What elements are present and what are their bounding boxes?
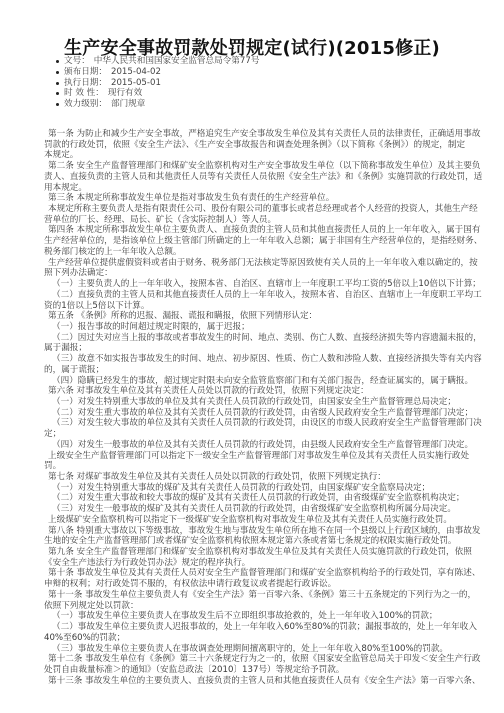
document-text-line: 罚款的行政处罚，依照《安全生产法》、《生产安全事故报告和调查处理条例》（以下简称…: [44, 140, 464, 151]
document-meta-list: 文号：中华人民共和国国家安全监管总局令第77号 颁布日期：2015-04-02 …: [56, 56, 259, 110]
document-text-line: （二）对发生重大事故的单位及其有关责任人员罚款的行政处罚，由省级人民政府安全生产…: [44, 408, 464, 419]
meta-item-validity: 时 效 性：现行有效: [56, 88, 259, 99]
document-text-line: 生产经营单位提供虚假资料或者由于财务、税务部门无法核定等原因致使有关人员的上一年…: [44, 258, 464, 269]
document-text-line: （二）直接负责的主管人员和其他直接责任人员的上一年年收入，按照本省、自治区、直辖…: [44, 290, 464, 301]
document-text-line: 《安全生产违法行为行政处罚办法》规定的程序执行。: [44, 558, 464, 569]
document-text-line: 资的1倍以上5倍以下计算。: [44, 301, 464, 312]
meta-item-issue-date: 颁布日期：2015-04-02: [56, 67, 259, 78]
document-text-line: （一）对发生特别重大事故的煤矿及其有关责任人员罚款的行政处罚，由国家煤矿安全监察…: [44, 483, 464, 494]
document-text-line: 第一条 为防止和减少生产安全事故，严格追究生产安全事故发生单位及其有关责任人员的…: [44, 129, 464, 140]
document-text-line: （四）隐瞒已经发生的事故，超过规定时限未向安全监管监察部门和有关部门报告，经查证…: [44, 376, 464, 387]
document-text-line: 第四条 本规定所称事故发生单位主要负责人、直接负责的主管人员和其他直接责任人员的…: [44, 225, 464, 236]
document-text-line: 责人、直接负责的主管人员和其他责任人员等有关责任人员依照《安全生产法》和《条例》…: [44, 172, 464, 183]
document-text-line: （四）对发生一般事故的单位及其有关责任人员罚款的行政处罚，由县级人民政府安全生产…: [44, 440, 464, 451]
document-text-line: （二）对发生重大事故和较大事故的煤矿及其有关责任人员罚款的行政处罚，由省级煤矿安…: [44, 493, 464, 504]
document-text-line: 依照下列规定处以罚款：: [44, 601, 464, 612]
document-text-line: 属于漏报；: [44, 343, 464, 354]
meta-value: 2015-05-01: [111, 78, 161, 88]
document-text-line: 税务部门核定的上一年年收入总额。: [44, 247, 464, 258]
meta-label: 效力级别：: [64, 99, 107, 110]
document-text-line: （一）事故发生单位主要负责人在事故发生后不立即组织事故抢救的，处上一年年收入10…: [44, 611, 464, 622]
document-text-line: 40%至60%的罚款；: [44, 633, 464, 644]
document-text-line: 上级安全生产监督管理部门可以指定下一级安全生产监督管理部门对事故发生单位及其有关…: [44, 451, 464, 462]
document-text-line: 用本规定。: [44, 183, 464, 194]
document-text-line: 申辩的权利；对行政处罚不服的，有权依法申请行政复议或者提起行政诉讼。: [44, 579, 464, 590]
document-text-line: （三）事故发生单位主要负责人在事故调查处理期间擅离职守的，处上一年年收入80%至…: [44, 644, 464, 655]
meta-value: 现行有效: [108, 88, 142, 98]
document-text-line: 上级煤矿安全监察机构可以指定下一级煤矿安全监察机构对事故发生单位及其有关责任人员…: [44, 515, 464, 526]
meta-label: 时 效 性：: [64, 88, 104, 99]
document-text-line: （三）对发生较大事故的单位及其有关责任人员罚款的行政处罚，由设区的市级人民政府安…: [44, 418, 464, 429]
meta-item-level: 效力级别：部门规章: [56, 99, 259, 110]
document-text-line: 第七条 对煤矿事故发生单位及其有关责任人员处以罚款的行政处罚，依照下列规定执行：: [44, 472, 464, 483]
document-text-line: 本规定。: [44, 150, 464, 161]
meta-value: 中华人民共和国国家安全监管总局令第77号: [94, 56, 260, 66]
document-text-line: 生产经营单位的，是指该单位上级主管部门所确定的上一年年收入总额；属于非国有生产经…: [44, 236, 464, 247]
meta-label: 执行日期：: [64, 78, 107, 89]
document-text-line: 定；: [44, 429, 464, 440]
document-text-line: （一）主要负责人的上一年年收入，按照本省、自治区、直辖市上一年度职工平均工资的5…: [44, 279, 464, 290]
document-text-line: 第八条 特别重大事故以下等级事故，事故发生地与事故发生单位所在地不在同一个县级以…: [44, 526, 464, 537]
document-text-line: 罚。: [44, 461, 464, 472]
document-text-line: （二）事故发生单位主要负责人迟报事故的，处上一年年收入60%至80%的罚款；漏报…: [44, 622, 464, 633]
meta-item-effective-date: 执行日期：2015-05-01: [56, 78, 259, 89]
document-text-line: （三）对发生一般事故的煤矿及其有关责任人员罚款的行政处罚，由省级煤矿安全监察机构…: [44, 504, 464, 515]
document-text-line: （二）因过失对应当上报的事故或者事故发生的时间、地点、类别、伤亡人数、直接经济损…: [44, 333, 464, 344]
document-text-line: （三）故意不如实报告事故发生的时间、地点、初步原因、性质、伤亡人数和涉险人数、直…: [44, 354, 464, 365]
document-text-line: 的，属于谎报；: [44, 365, 464, 376]
document-text-line: 第五条 《条例》所称的迟报、漏报、谎报和瞒报，依照下列情形认定：: [44, 311, 464, 322]
document-text-line: 本规定所称主要负责人是指有限责任公司、股份有限公司的董事长或者总经理或者个人经营…: [44, 204, 464, 215]
document-text-line: 营单位的厂长、经理、局长、矿长（含实际控制人）等人员。: [44, 215, 464, 226]
document-text-line: 生地的安全生产监督管理部门或者煤矿安全监察机构依照本规定第六条或者第七条规定的权…: [44, 536, 464, 547]
document-text-line: 第十三条 事故发生单位的主要负责人、直接负责的主管人员和其他直接责任人员有《安全…: [44, 676, 464, 687]
document-text-line: 第三条 本规定所称事故发生单位是指对事故发生负有责任的生产经营单位。: [44, 193, 464, 204]
document-body: 第一条 为防止和减少生产安全事故，严格追究生产安全事故发生单位及其有关责任人员的…: [44, 129, 464, 686]
document-text-line: 照下列办法确定：: [44, 268, 464, 279]
meta-item-doc-number: 文号：中华人民共和国国家安全监管总局令第77号: [56, 56, 259, 67]
meta-label: 颁布日期：: [64, 67, 107, 78]
document-text-line: 第九条 安全生产监督管理部门和煤矿安全监察机构对事故发生单位及其有关责任人员实施…: [44, 547, 464, 558]
document-text-line: 第二条 安全生产监督管理部门和煤矿安全监察机构对生产安全事故发生单位（以下简称事…: [44, 161, 464, 172]
document-text-line: （一）报告事故的时间超过规定时限的，属于迟报；: [44, 322, 464, 333]
document-text-line: 第六条 对事故发生单位及其有关责任人员处以罚款的行政处罚，依照下列规定决定：: [44, 386, 464, 397]
document-text-line: 第十一条 事故发生单位主要负责人有《安全生产法》第一百零六条、《条例》第三十五条…: [44, 590, 464, 601]
document-text-line: 第十条 事故发生单位及其有关责任人员对安全生产监督管理部门和煤矿安全监察机构给予…: [44, 568, 464, 579]
meta-value: 2015-04-02: [111, 67, 161, 77]
meta-value: 部门规章: [111, 99, 145, 109]
document-text-line: （一）对发生特别重大事故的单位及其有关责任人员罚款的行政处罚，由国家安全生产监督…: [44, 397, 464, 408]
meta-label: 文号：: [64, 56, 90, 67]
document-text-line: 处罚自由裁量标准＞的通知》（安监总政法〔2010〕137号）等规定给予罚款。: [44, 665, 464, 676]
document-text-line: 第十二条 事故发生单位有《条例》第三十六条规定行为之一的，依照《国家安全监管总局…: [44, 654, 464, 665]
